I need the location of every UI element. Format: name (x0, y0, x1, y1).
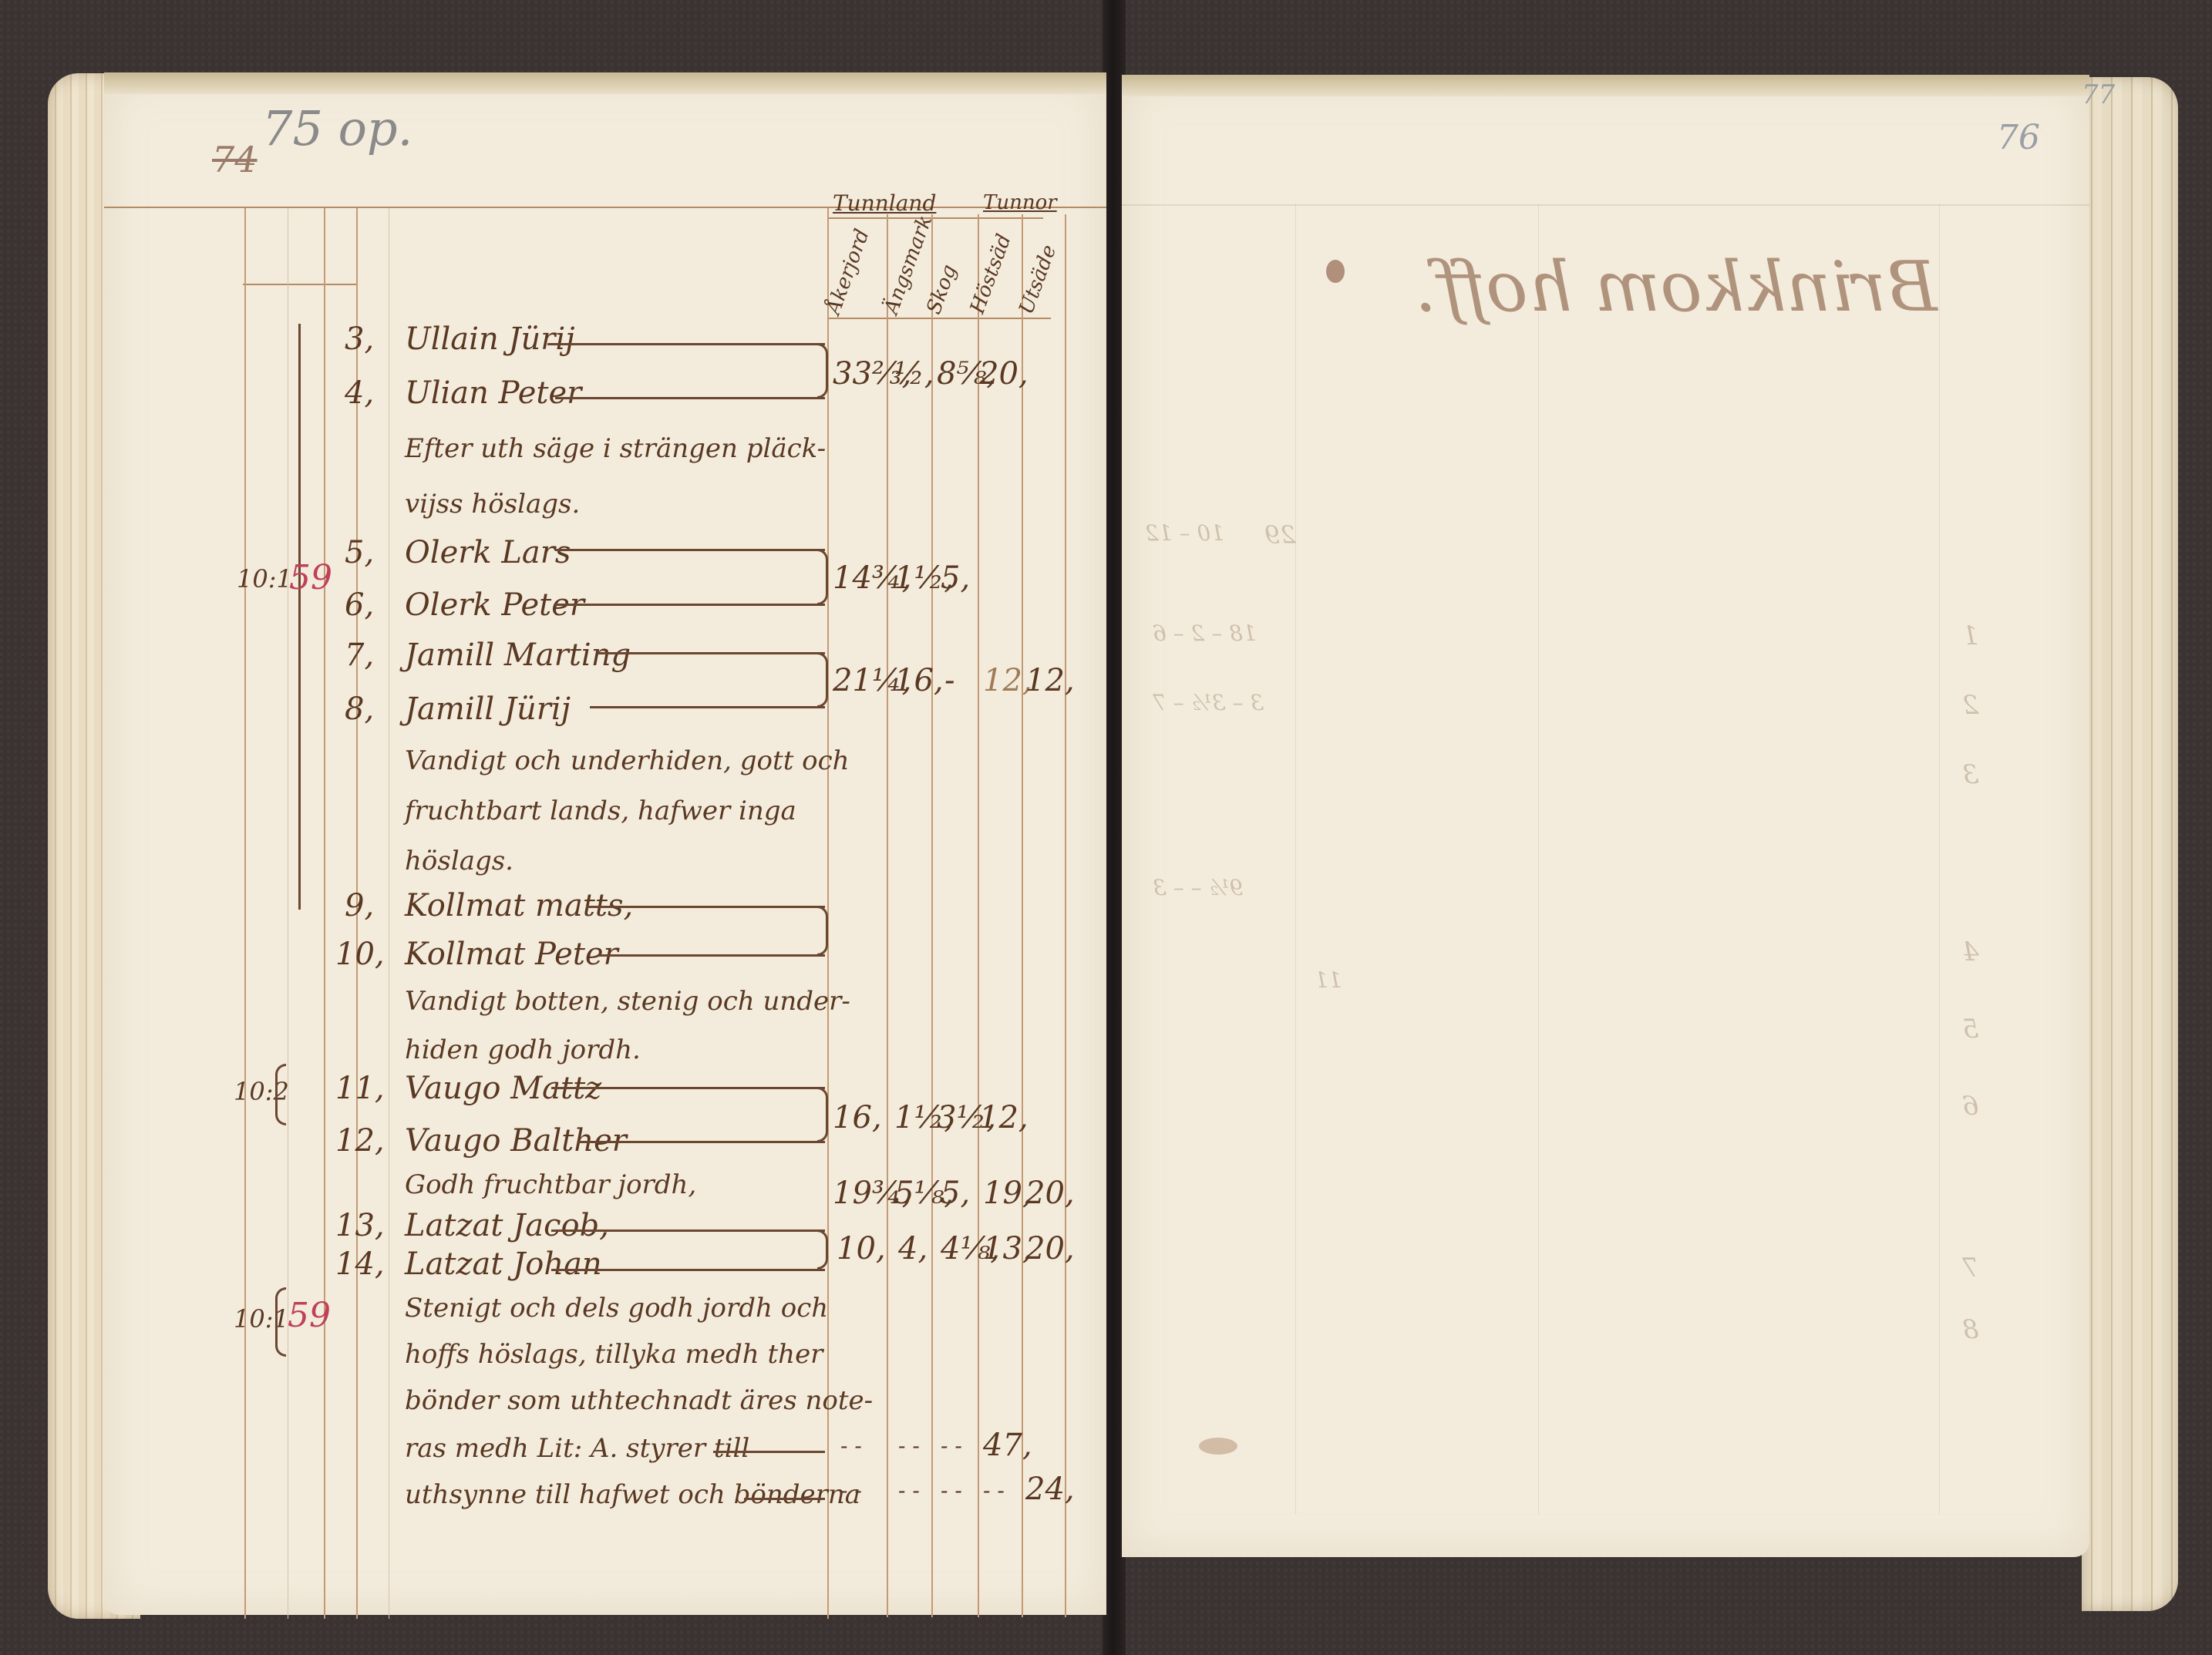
group-bracket-line (298, 324, 301, 910)
right-page: 76 77 Brinkkom hoff. 10 – 12 29 18 – 2 –… (1122, 81, 2089, 1557)
value-cell: ½, (894, 358, 934, 389)
leader-line (551, 1087, 825, 1089)
text-rule (389, 208, 389, 1619)
value-cell: - - (840, 1480, 862, 1502)
value-cell: 5, (941, 1178, 970, 1209)
entry-number: 4, (345, 378, 374, 409)
value-cell: - - (941, 1480, 962, 1502)
page-top-edge (1122, 75, 2089, 96)
entry-note-line: Vandigt och underhiden, gott och (405, 748, 850, 774)
struck-folio-number: 74 (212, 139, 258, 180)
margin-header-rule (243, 284, 357, 285)
ink-stain (1199, 1438, 1237, 1455)
header-sub-3: Skog (922, 226, 975, 317)
leader-line (555, 604, 825, 606)
value-col-rule-6 (1065, 214, 1066, 1617)
margin-rule-1 (244, 208, 246, 1619)
value-cell: 5, (941, 563, 970, 594)
entry-number: 12, (335, 1125, 385, 1156)
right-page-stack (2082, 77, 2178, 1611)
entry-name: Latzat Jacob, (405, 1210, 609, 1241)
folio-number: 76 (1997, 118, 2040, 157)
entry-number: 7, (345, 640, 374, 671)
value-cell: - - (898, 1480, 920, 1502)
bleed-row-number: 1 (1962, 621, 1979, 651)
margin-rule-3 (324, 208, 325, 1619)
value-col-rule-4 (978, 214, 979, 1617)
value-col-rule-5 (1022, 214, 1023, 1617)
entry-number: 3, (345, 324, 374, 355)
bleed-row-number: 2 (1962, 690, 1979, 721)
entry-brace (817, 1087, 828, 1142)
bleed-sum: 18 – 2 – 6 (1153, 621, 1257, 646)
bleed-row-number: 4 (1962, 937, 1979, 967)
value-cell: 12, (979, 1102, 1029, 1133)
ghost-rule (1122, 204, 2089, 206)
entry-number: 13, (335, 1210, 385, 1241)
margin-rule-2 (288, 208, 288, 1619)
bleed-row-number: 8 (1962, 1314, 1979, 1345)
value-col-rule-3 (931, 214, 933, 1617)
header-sub-4: Höstsäd (966, 211, 1023, 317)
ink-blot (1326, 260, 1345, 283)
margin-red-1: 59 (289, 561, 332, 595)
leader-line (713, 1451, 825, 1453)
entry-number: 10, (335, 939, 385, 970)
entry-note-line: Stenigt och dels godh jordh och (405, 1295, 828, 1321)
leader-line (578, 1141, 825, 1143)
bleed-through-title: Brinkkom hoff. (1415, 247, 1938, 328)
entry-number: 14, (335, 1249, 385, 1280)
entry-note-line: vijss höslags. (405, 491, 580, 517)
entry-brace (817, 906, 828, 956)
column-subheader-rule (827, 318, 1051, 319)
entry-note-line: fruchtbart lands, hafwer inga (405, 798, 796, 824)
bleed-row-number: 5 (1962, 1014, 1979, 1044)
value-cell: - - (941, 1435, 962, 1457)
value-cell: 16, (894, 665, 944, 696)
value-cell: 47, (983, 1430, 1032, 1461)
margin-brace-2 (275, 1064, 286, 1125)
entry-note-line: ras medh Lit: A. styrer till (405, 1435, 749, 1462)
entry-number: 11, (335, 1073, 385, 1104)
leader-line (551, 1229, 825, 1232)
value-cell: 24, (1025, 1474, 1075, 1505)
entry-note-line: bönder som uthtechnadt äres note- (405, 1388, 873, 1414)
leader-line (598, 954, 825, 957)
value-cell: 12, (1025, 665, 1075, 696)
leader-line (555, 397, 825, 399)
margin-red-3: 59 (288, 1299, 331, 1333)
leader-line (744, 1498, 825, 1500)
header-sub-1: Åkerjord (822, 226, 874, 317)
ghost-rule (1295, 204, 1296, 1515)
entry-brace (817, 1229, 828, 1270)
leader-line (586, 906, 825, 908)
value-cell: - - (840, 1435, 862, 1457)
entry-brace (817, 343, 828, 399)
entry-name: Ullain Jürij (405, 324, 575, 355)
value-cell: - (944, 665, 955, 696)
entry-note-line: höslags. (405, 848, 513, 874)
ghost-rule (1538, 204, 1539, 1515)
entry-brace (817, 652, 828, 708)
entry-note-line: Godh fruchtbar jordh, (405, 1172, 696, 1198)
bleed-row-number: 6 (1962, 1091, 1979, 1122)
entry-name: Latzat Johan (405, 1249, 602, 1280)
entry-name: Jamill Marting (405, 640, 631, 671)
entry-brace (817, 549, 828, 605)
leader-line (551, 1269, 825, 1271)
entry-name: Ulian Peter (405, 378, 581, 409)
value-cell: - - (898, 1435, 920, 1457)
entry-number: 9, (345, 890, 374, 921)
entry-name: Kollmat Peter (405, 939, 618, 970)
left-page: 74 75 op. Tunnland Tunnor Åkerjord Ängsm… (104, 77, 1106, 1615)
bleed-sum: 10 – 12 (1145, 520, 1224, 546)
leader-line (598, 652, 825, 654)
leader-line (555, 549, 825, 551)
value-cell: 4, (898, 1233, 928, 1264)
leader-line (547, 343, 825, 345)
entry-note-line: uthsynne till hafwet och bönderna (405, 1482, 860, 1508)
value-col-rule-2 (887, 214, 888, 1617)
entry-note-line: hiden godh jordh. (405, 1037, 641, 1063)
header-tunnland: Tunnland (833, 193, 936, 214)
header-rule (104, 207, 1106, 208)
entry-note-line: Vandigt botten, stenig och under- (405, 988, 850, 1014)
bleed-sum: 9½ – – 3 (1153, 875, 1243, 900)
entry-number: 8, (345, 694, 374, 725)
entry-number: 6, (345, 590, 374, 621)
ghost-rule (1939, 204, 1940, 1515)
entry-name: Jamill Jürij (405, 694, 571, 725)
bleed-sum: 3 – 3½ – 7 (1153, 690, 1264, 715)
bleed-row-number: 3 (1962, 759, 1979, 790)
margin-brace-3 (275, 1287, 286, 1357)
value-cell: - - (983, 1480, 1005, 1502)
entry-name: Olerk Lars (405, 537, 571, 568)
value-cell: 16, (833, 1102, 882, 1133)
edge-folio-number: 77 (2082, 79, 2115, 110)
bleed-sum: 11 (1315, 967, 1342, 993)
header-tunnor: Tunnor (983, 193, 1057, 213)
entry-note-line: hoffs höslags, tillyka medh ther (405, 1341, 823, 1367)
entry-note-line: Efter uth säge i strängen pläck- (405, 436, 826, 462)
value-cell: 20, (1025, 1178, 1075, 1209)
value-cell: 20, (979, 358, 1029, 389)
bleed-sum: 29 (1264, 520, 1296, 550)
leader-line (590, 706, 825, 708)
bleed-row-number: 7 (1962, 1253, 1979, 1283)
entry-number: 5, (345, 537, 374, 568)
folio-number: 75 op. (262, 100, 412, 156)
value-cell: 20, (1025, 1233, 1075, 1264)
value-cell: 10, (837, 1233, 886, 1264)
margin-mark-1: 10:1 (237, 567, 292, 591)
page-top-edge (104, 72, 1106, 94)
